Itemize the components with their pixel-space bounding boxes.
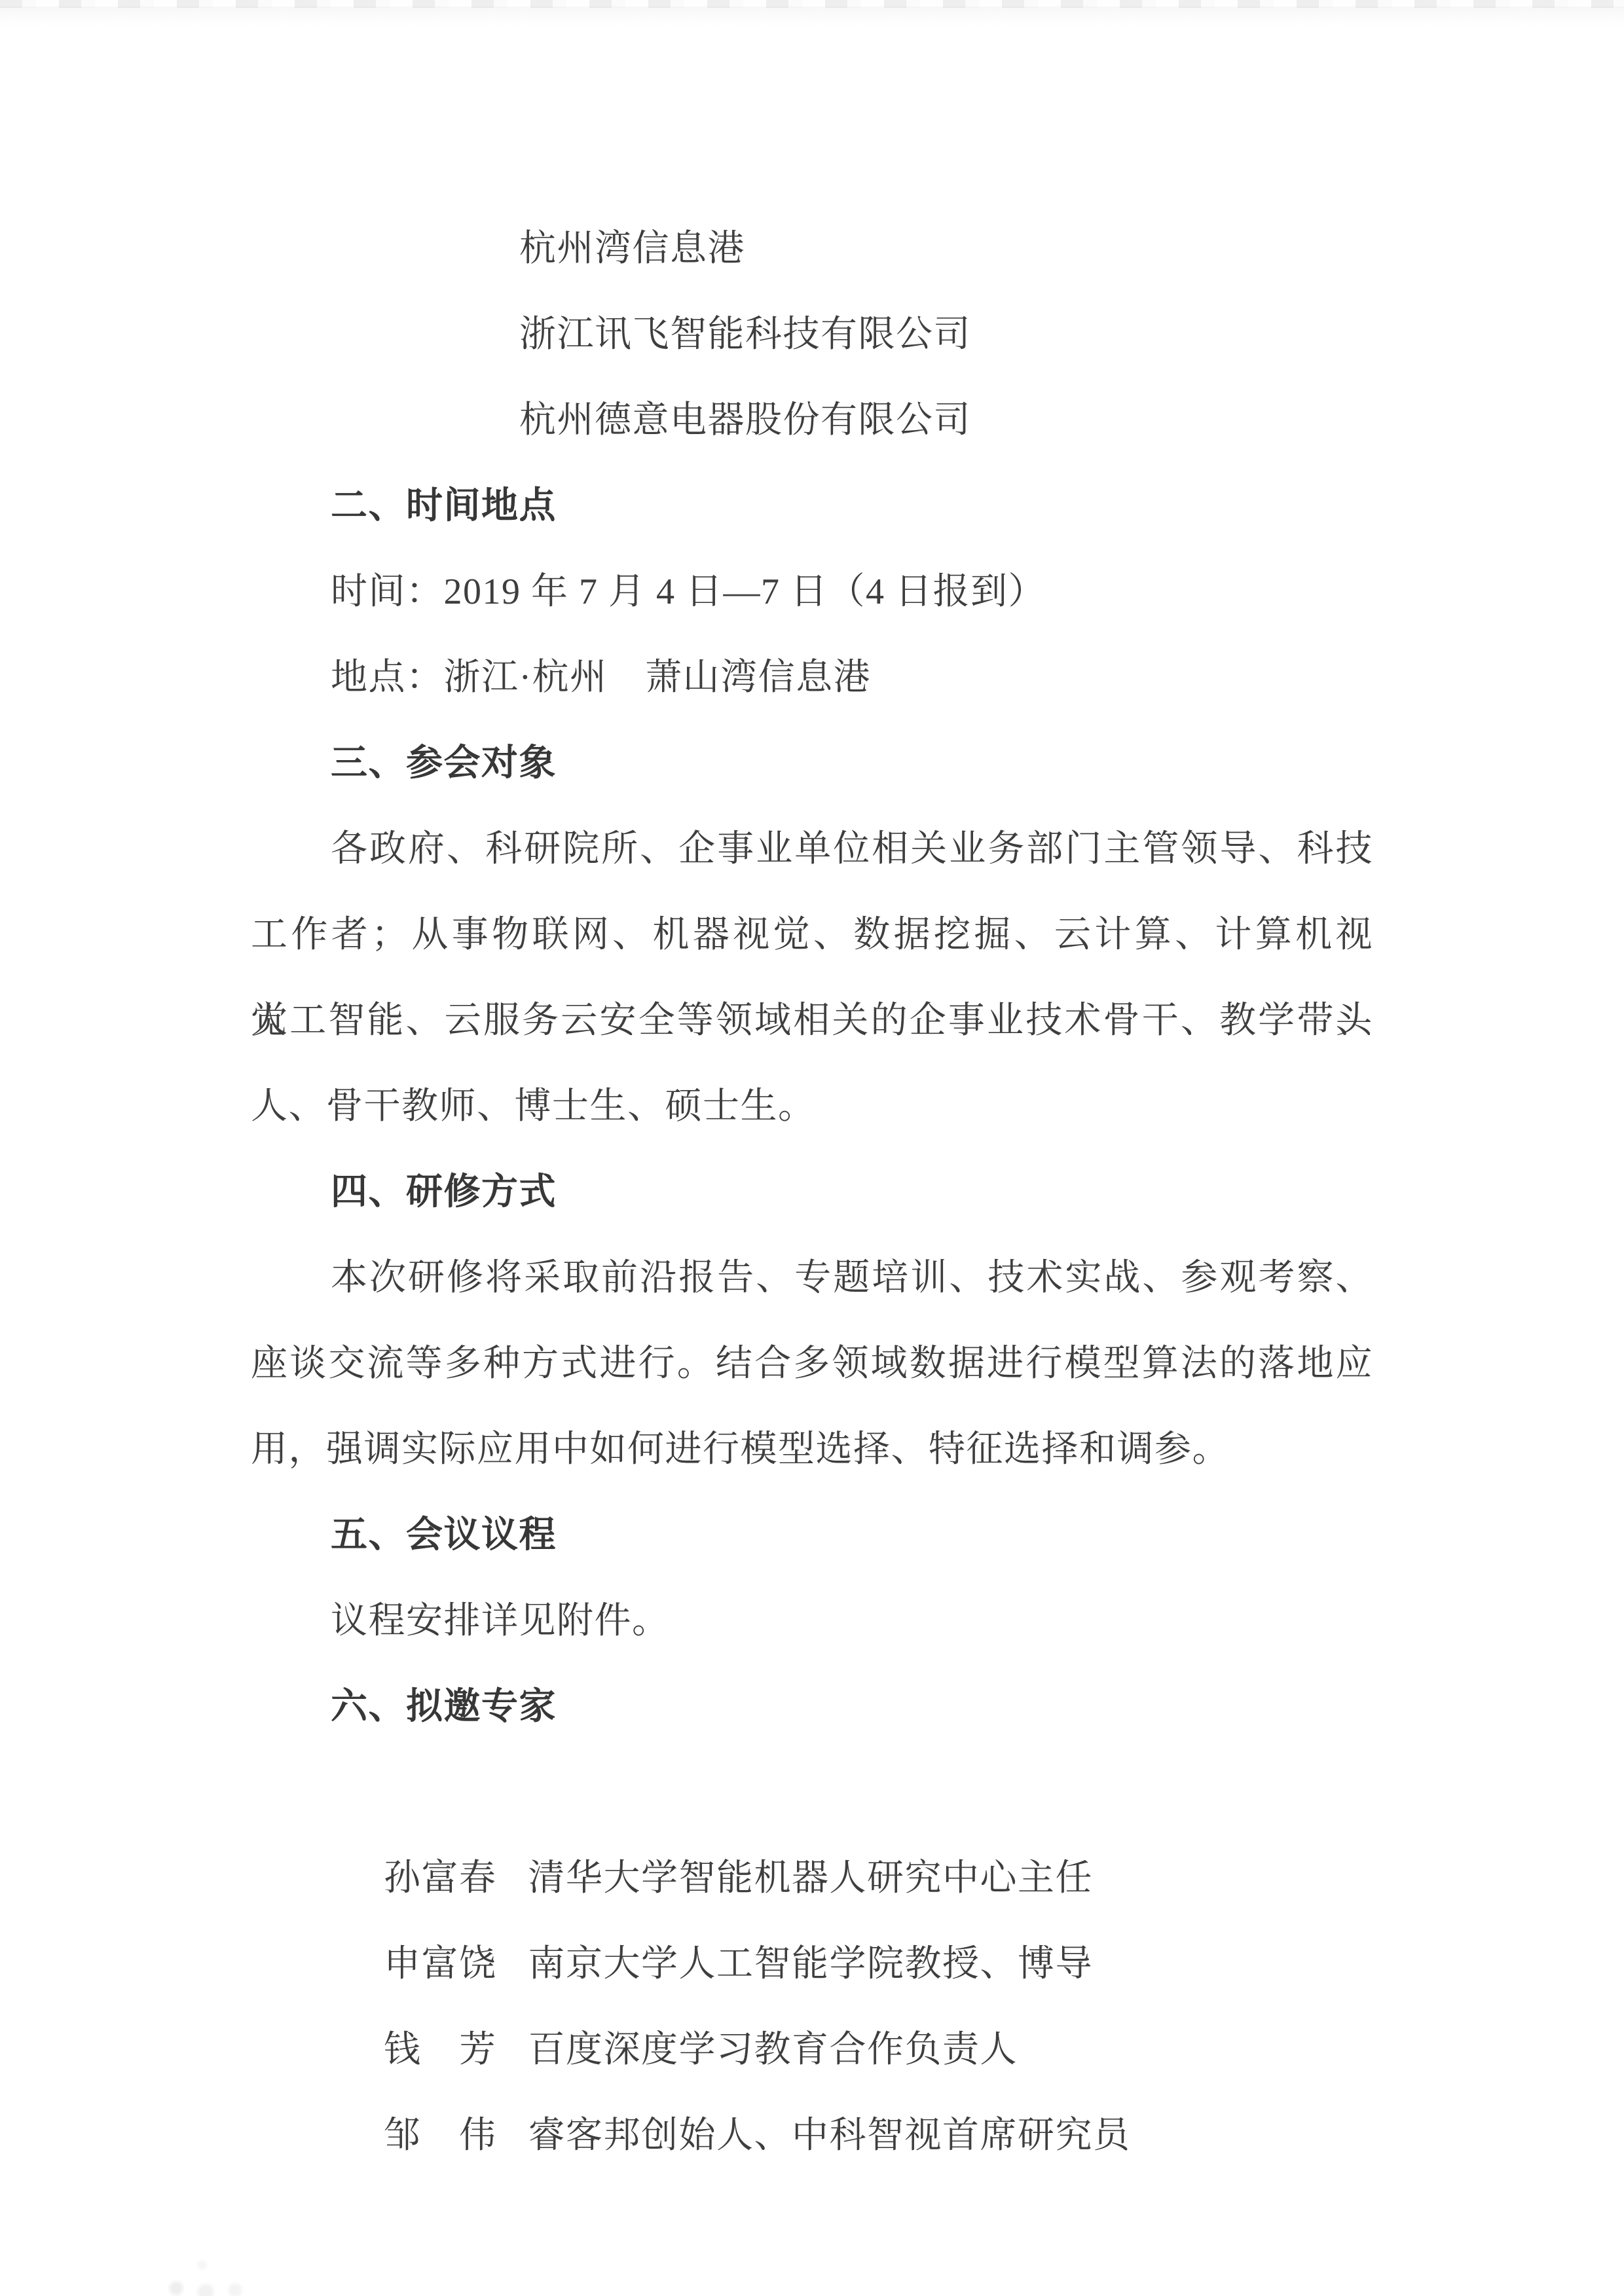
expert-name: 邹 伟 — [384, 2115, 497, 2156]
body-line: 工作者；从事物联网、机器视觉、数据挖掘、云计算、计算机视觉、 — [251, 892, 1373, 978]
body-line: 本次研修将采取前沿报告、专题培训、技术实战、参观考察、 — [251, 1235, 1373, 1321]
body-line: 人、骨干教师、博士生、硕士生。 — [251, 1064, 1373, 1150]
body-line: 座谈交流等多种方式进行。结合多领域数据进行模型算法的落地应 — [251, 1321, 1373, 1407]
section-heading-time-place: 二、时间地点 — [251, 464, 1373, 549]
document-body: 杭州湾信息港 浙江讯飞智能科技有限公司 杭州德意电器股份有限公司 二、时间地点 … — [251, 206, 1373, 2093]
body-line: 议程安排详见附件。 — [251, 1578, 1373, 1664]
expert-title: 百度深度学习教育合作负责人 — [528, 2030, 1018, 2070]
expert-title: 睿客邦创始人、中科智视首席研究员 — [528, 2115, 1131, 2156]
body-line: 人工智能、云服务云安全等领域相关的企事业技术骨干、教学带头 — [251, 978, 1373, 1064]
document-page: 杭州湾信息港 浙江讯飞智能科技有限公司 杭州德意电器股份有限公司 二、时间地点 … — [0, 0, 1624, 2296]
body-line: 用，强调实际应用中如何进行模型选择、特征选择和调参。 — [251, 1407, 1373, 1493]
time-line: 时间：2019 年 7 月 4 日—7 日（4 日报到） — [251, 549, 1373, 635]
body-line: 各政府、科研院所、企事业单位相关业务部门主管领导、科技 — [251, 807, 1373, 892]
expert-name: 钱 芳 — [384, 2030, 497, 2070]
expert-row: 孙富春清华大学智能机器人研究中心主任 — [251, 1750, 1373, 1836]
organizer-line: 杭州湾信息港 — [251, 206, 1373, 292]
organizer-line: 浙江讯飞智能科技有限公司 — [251, 292, 1373, 378]
section-heading-method: 四、研修方式 — [251, 1150, 1373, 1235]
scan-artifact-top-fade — [0, 7, 1624, 26]
expert-title: 清华大学智能机器人研究中心主任 — [528, 1858, 1094, 1899]
organizer-line: 杭州德意电器股份有限公司 — [251, 378, 1373, 464]
section-heading-attendees: 三、参会对象 — [251, 721, 1373, 807]
section-heading-agenda: 五、会议议程 — [251, 1493, 1373, 1578]
expert-name: 申富饶 — [384, 1944, 497, 1984]
place-line: 地点：浙江·杭州 萧山湾信息港 — [251, 635, 1373, 721]
scan-artifact-bottom — [141, 2257, 259, 2296]
expert-name: 孙富春 — [384, 1858, 497, 1899]
section-heading-experts: 六、拟邀专家 — [251, 1664, 1373, 1750]
expert-title: 南京大学人工智能学院教授、博导 — [528, 1944, 1094, 1984]
